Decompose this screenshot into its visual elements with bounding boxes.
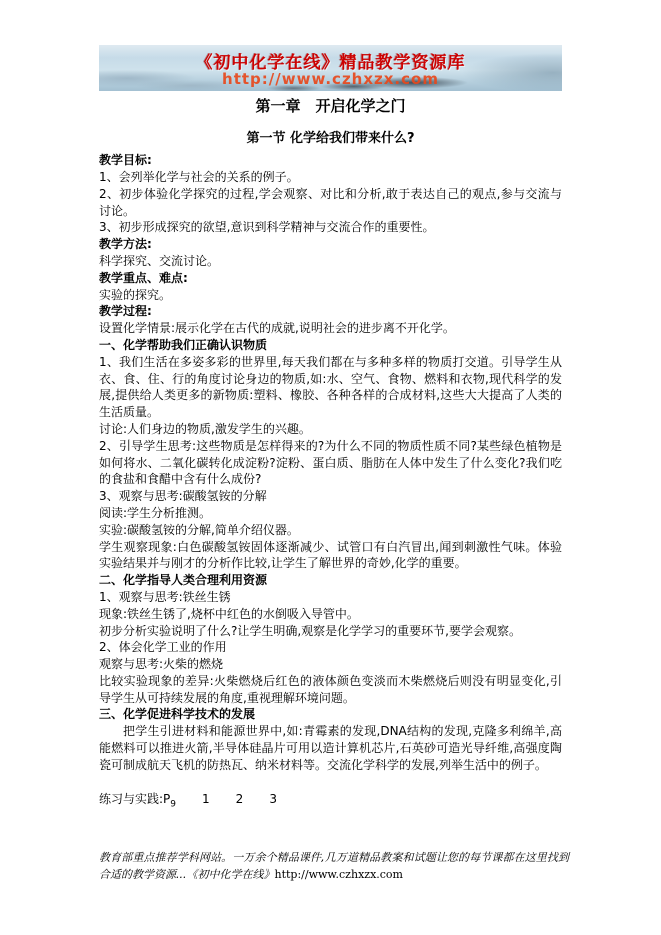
practice-items: 123 (176, 792, 277, 806)
practice-item: 3 (269, 791, 277, 808)
section-heading: 三、化学促进科学技术的发展 (99, 706, 562, 723)
paragraph: 学生观察现象:白色碳酸氢铵固体逐渐减少、试管口有白汽冒出,闻到刺激性气味。体验实… (99, 539, 562, 573)
paragraph: 比较实验现象的差异:火柴燃烧后红色的液体颜色变淡而木柴燃烧后则没有明显变化,引导… (99, 673, 562, 707)
paragraph: 讨论:人们身边的物质,激发学生的兴趣。 (99, 421, 562, 438)
page-footer: 教育部重点推荐学科网站。一万余个精品课件,几万道精品教案和试题让您的每节课都在这… (99, 849, 569, 883)
practice-label: 练习与实践: (99, 792, 163, 806)
paragraph: 观察与思考:火柴的燃烧 (99, 656, 562, 673)
header-banner-image: 《初中化学在线》精品教学资源库 http://www.czhxzx.com (99, 45, 562, 91)
paragraph: 3、观察与思考:碳酸氢铵的分解 (99, 488, 562, 505)
document-page: 《初中化学在线》精品教学资源库 http://www.czhxzx.com 第一… (99, 45, 562, 813)
section-heading: 教学过程: (99, 303, 562, 320)
section-heading: 一、化学帮助我们正确认识物质 (99, 337, 562, 354)
paragraph: 设置化学情景:展示化学在古代的成就,说明社会的进步离不开化学。 (99, 320, 562, 337)
paragraph: 初步分析实验说明了什么?让学生明确,观察是化学学习的重要环节,要学会观察。 (99, 623, 562, 640)
section-title: 第一节 化学给我们带来什么? (99, 130, 562, 148)
chapter-title: 第一章 开启化学之门 (99, 96, 562, 117)
paragraph: 2、初步体验化学探究的过程,学会观察、对比和分析,敢于表达自己的观点,参与交流与… (99, 186, 562, 220)
paragraph: 2、体会化学工业的作用 (99, 639, 562, 656)
banner-site-url: http://www.czhxzx.com (99, 70, 562, 88)
paragraph: 1、我们生活在多姿多彩的世界里,每天我们都在与多种多样的物质打交道。引导学生从衣… (99, 354, 562, 421)
paragraph: 1、会列举化学与社会的关系的例子。 (99, 169, 562, 186)
paragraph: 现象:铁丝生锈了,烧杯中红色的水倒吸入导管中。 (99, 606, 562, 623)
paragraph: 把学生引进材料和能源世界中,如:青霉素的发现,DNA结构的发现,克隆多利绵羊,高… (99, 723, 562, 773)
paragraph: 2、引导学生思考:这些物质是怎样得来的?为什么不同的物质性质不同?某些绿色植物是… (99, 438, 562, 488)
paragraph: 实验的探究。 (99, 287, 562, 304)
footer-url: http://www.czhxzx.com (275, 868, 403, 881)
section-heading: 教学目标: (99, 152, 562, 169)
practice-page-ref: P9 (163, 792, 176, 806)
practice-item: 2 (236, 791, 244, 808)
paragraph: 阅读:学生分析推测。 (99, 505, 562, 522)
paragraph: 实验:碳酸氢铵的分解,简单介绍仪器。 (99, 522, 562, 539)
paragraph: 科学探究、交流讨论。 (99, 253, 562, 270)
paragraph: 3、初步形成探究的欲望,意识到科学精神与交流合作的重要性。 (99, 219, 562, 236)
practice-line: 练习与实践:P9123 (99, 791, 562, 813)
document-body: 教学目标:1、会列举化学与社会的关系的例子。2、初步体验化学探究的过程,学会观察… (99, 152, 562, 773)
section-heading: 教学重点、难点: (99, 270, 562, 287)
section-heading: 二、化学指导人类合理利用资源 (99, 572, 562, 589)
practice-item: 1 (202, 791, 210, 808)
paragraph: 1、观察与思考:铁丝生锈 (99, 589, 562, 606)
section-heading: 教学方法: (99, 236, 562, 253)
